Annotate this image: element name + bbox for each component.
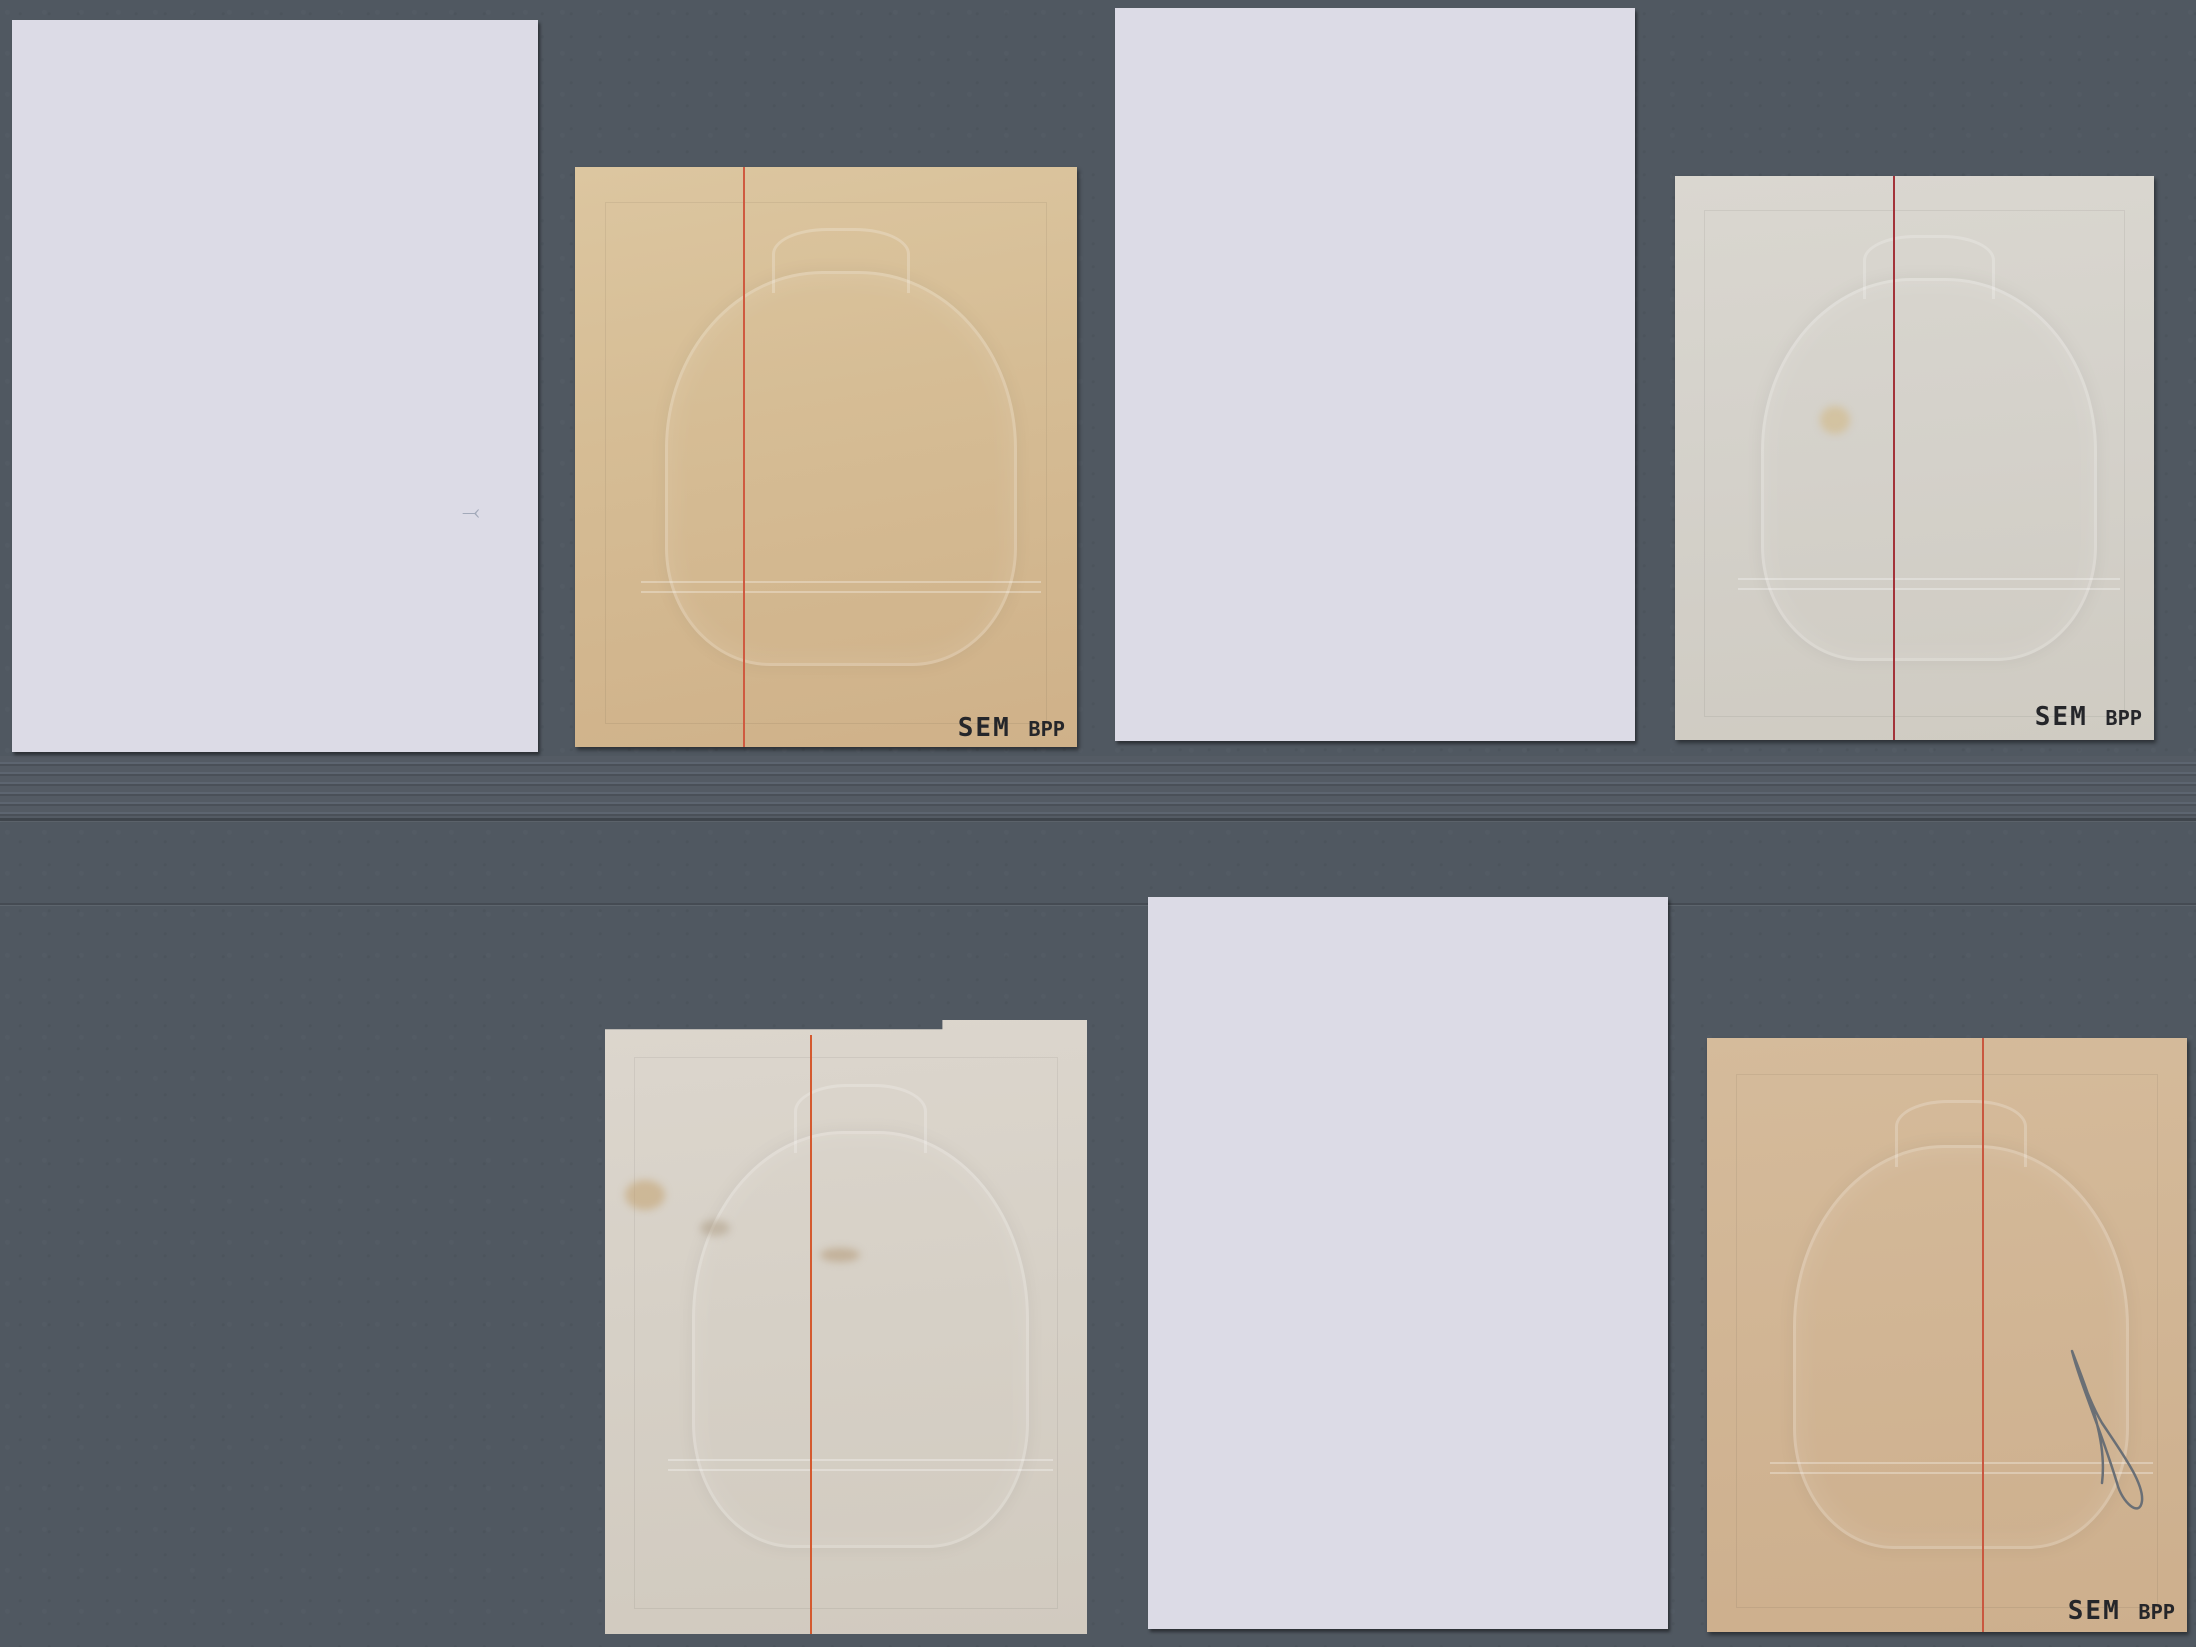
stain bbox=[1820, 406, 1850, 434]
silk-thread bbox=[810, 1035, 812, 1634]
stamp-back: SEM BPP bbox=[1675, 176, 2154, 740]
silk-thread bbox=[1893, 176, 1895, 740]
stamp-back: SEM BPP bbox=[575, 167, 1077, 747]
stock-card-strip bbox=[0, 756, 2196, 818]
white-backing-card bbox=[1148, 897, 1668, 1629]
stain bbox=[820, 1248, 860, 1262]
strip-lower-edge bbox=[0, 818, 2196, 821]
expert-signature: SEM BPP bbox=[2035, 702, 2142, 732]
expert-signature: SEM BPP bbox=[2068, 1596, 2175, 1626]
pencil-mark: ⤙ bbox=[462, 500, 480, 525]
stain bbox=[700, 1220, 730, 1236]
expert-signature: SEM BPP bbox=[958, 713, 1065, 743]
coat-of-arms-emboss bbox=[665, 271, 1016, 665]
stamp-back: SEM BPP bbox=[1707, 1038, 2187, 1632]
stain bbox=[625, 1180, 665, 1210]
coat-of-arms-emboss bbox=[1761, 278, 2096, 662]
stamp-back bbox=[605, 1020, 1087, 1634]
silk-thread bbox=[743, 167, 745, 747]
white-backing-card: ⤙ bbox=[12, 20, 538, 752]
silk-thread bbox=[1982, 1038, 1984, 1632]
coat-of-arms-emboss bbox=[692, 1131, 1029, 1549]
strip-bottom-pocket-edge bbox=[0, 903, 2196, 905]
pencil-signature-icon bbox=[2062, 1343, 2152, 1523]
white-backing-card bbox=[1115, 8, 1635, 741]
